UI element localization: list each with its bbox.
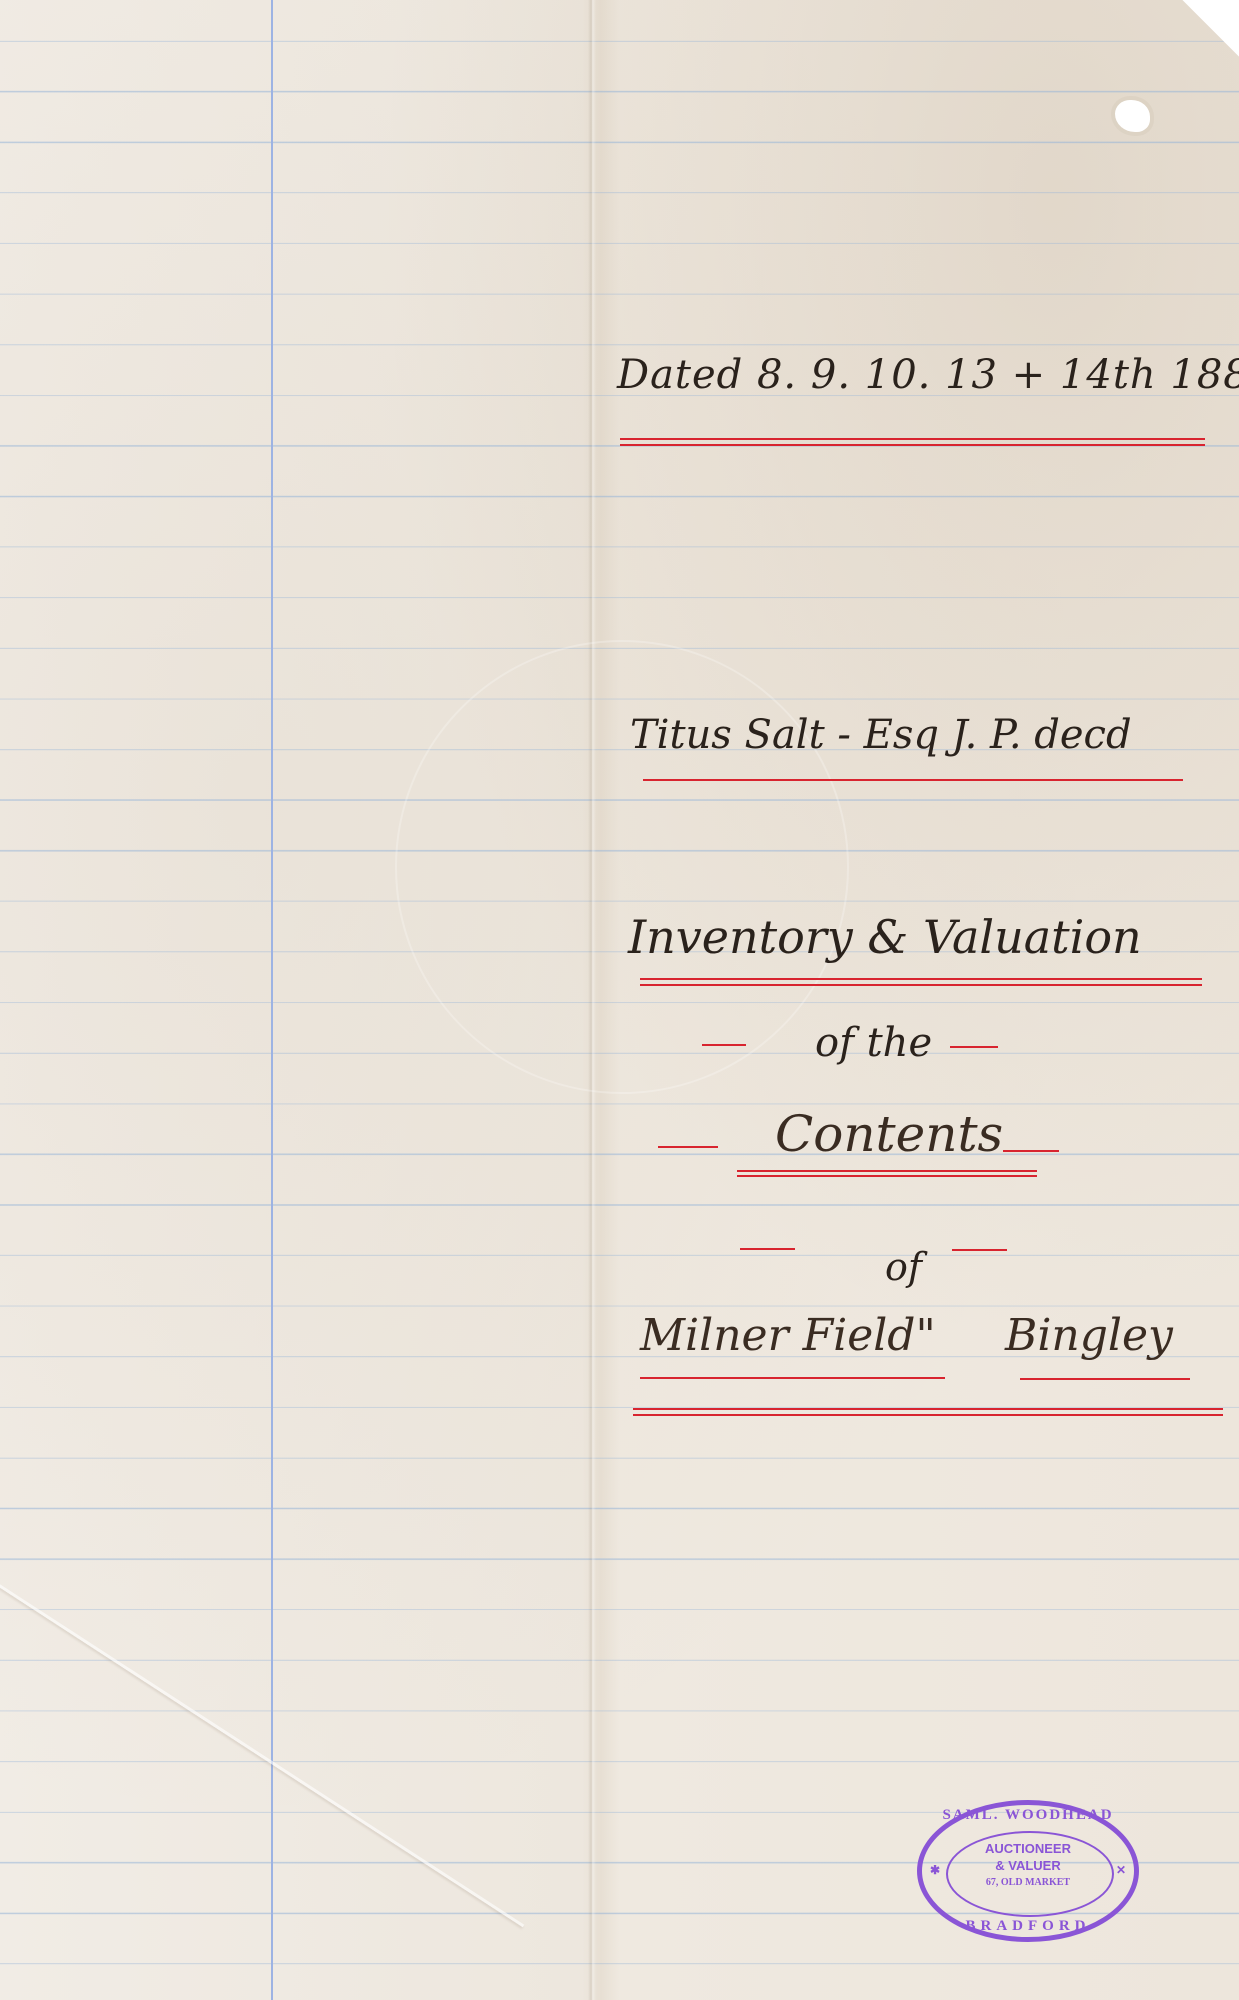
red-dash [702,1044,746,1046]
titus-salt-line: Titus Salt - Esq J. P. decd [630,712,1132,758]
document-page: Dated 8. 9. 10. 13 + 14th 1887 Titus Sal… [0,0,1239,2000]
red-underline [643,779,1183,781]
inventory-valuation-heading: Inventory & Valuation [628,910,1142,964]
stamp-name: SAML. WOODHEAD [922,1807,1134,1824]
milner-field-text: Milner Field" [640,1310,936,1361]
stamp-occupation-2: & VALUER [922,1858,1134,1873]
red-underline [620,444,1205,446]
red-dash [740,1248,795,1250]
red-underline [737,1170,1037,1172]
red-underline [640,978,1202,980]
red-dash [950,1046,998,1048]
red-underline [640,1377,945,1379]
dated-line: Dated 8. 9. 10. 13 + 14th 1887 [617,352,1239,398]
embossed-seal-watermark [395,640,849,1094]
stamp-ornament-icon: ✕ [1116,1863,1126,1877]
red-underline [633,1408,1223,1410]
auctioneer-stamp: SAML. WOODHEAD AUCTIONEER & VALUER 67, O… [917,1800,1139,1942]
red-underline [633,1414,1223,1416]
red-dash [658,1146,718,1148]
stamp-town: BRADFORD [922,1918,1134,1935]
red-underline [620,438,1205,440]
stamp-address: 67, OLD MARKET [922,1877,1134,1888]
red-dash [952,1249,1007,1251]
stamp-ornament-icon: ✱ [930,1863,940,1877]
stamp-occupation: AUCTIONEER [922,1841,1134,1856]
red-dash [1003,1150,1059,1152]
red-underline [737,1175,1037,1177]
of-text: of [885,1245,922,1289]
of-the-text: of the [815,1020,932,1066]
bingley-text: Bingley [1005,1310,1173,1361]
red-underline [640,984,1202,986]
contents-heading: Contents [775,1105,1003,1163]
red-underline [1020,1378,1190,1380]
margin-line [271,0,273,2000]
